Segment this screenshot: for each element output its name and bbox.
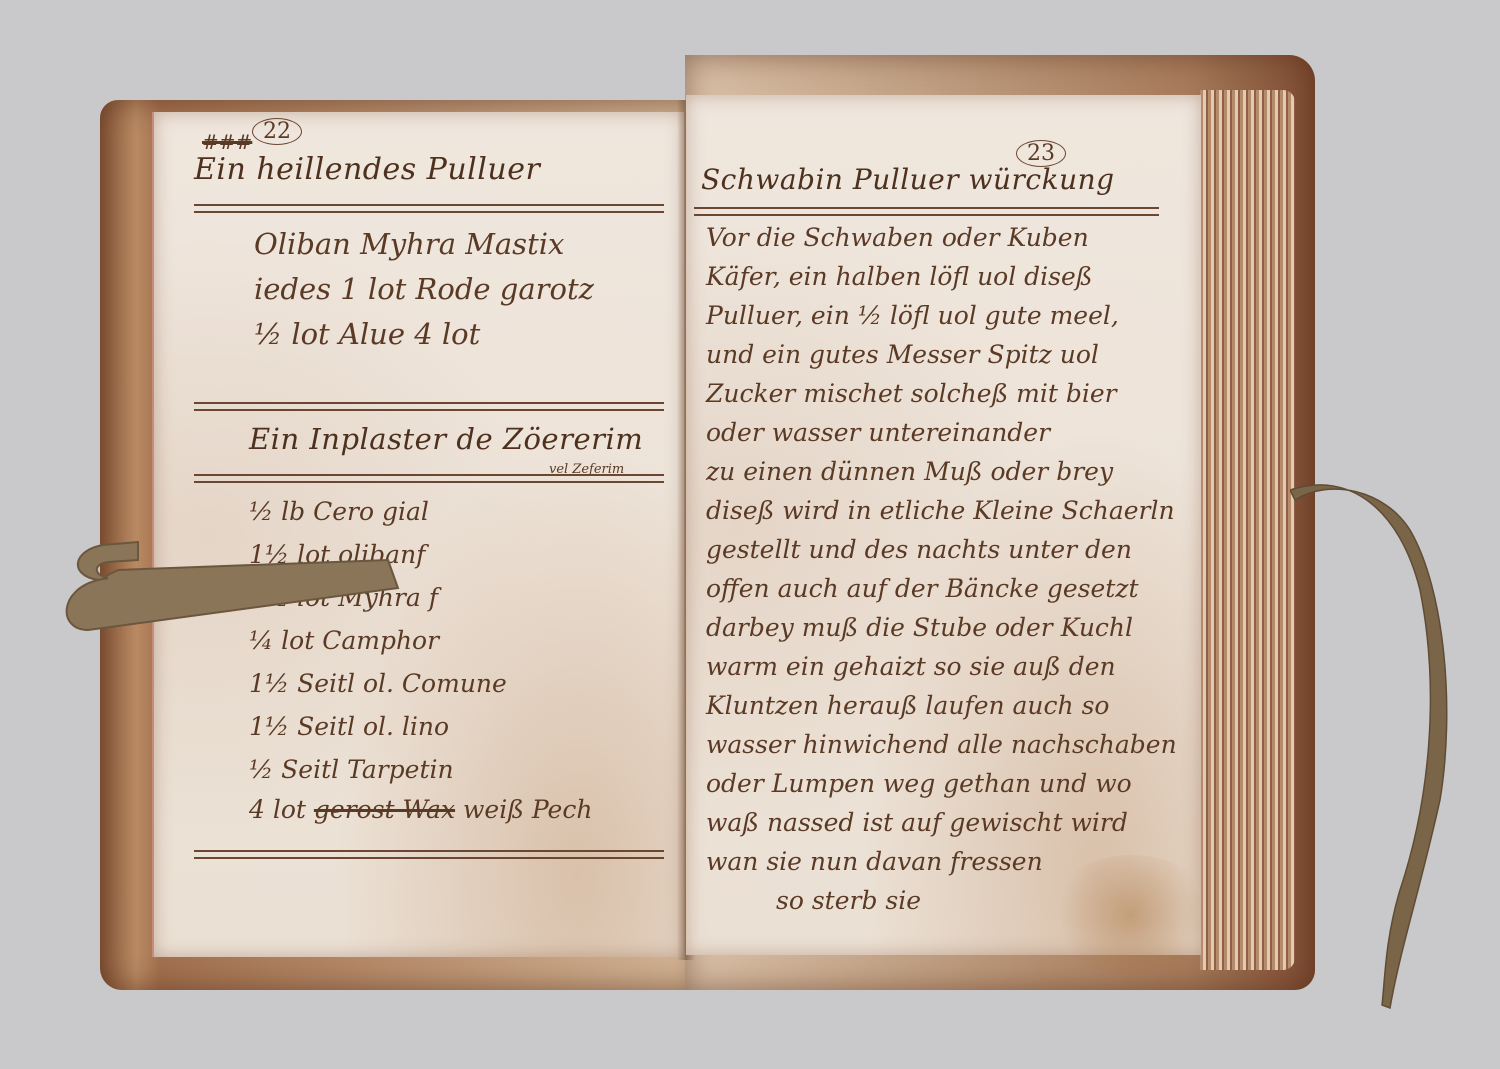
recipe-1-line: Oliban Myhra Mastix <box>254 227 564 261</box>
leather-strap-tail <box>1290 470 1460 1010</box>
body-line: so sterb sie <box>776 886 921 915</box>
ingredient-amount: 4 lot <box>249 795 306 824</box>
heading-rule <box>194 204 664 213</box>
body-line: Vor die Schwaben oder Kuben <box>706 223 1089 252</box>
body-line: Kluntzen herauß laufen auch so <box>706 691 1109 720</box>
heading-rule <box>694 207 1159 216</box>
ingredient-line-last: 4 lot gerost Wax weiß Pech <box>249 795 592 824</box>
body-line: warm ein gehaizt so sie auß den <box>706 652 1116 681</box>
page-number-right: 23 <box>1016 140 1066 167</box>
end-rule <box>194 850 664 859</box>
body-line: wasser hinwichend alle nachschaben <box>706 730 1177 759</box>
ingredient-line: ½ Seitl Tarpetin <box>249 755 454 784</box>
heading-inplaster: Ein Inplaster de Zöererim <box>249 422 643 456</box>
body-line: waß nassed ist auf gewischt wird <box>706 808 1128 837</box>
struck-ingredient: gerost Wax <box>314 795 455 824</box>
water-stain <box>1046 855 1216 975</box>
body-line: zu einen dünnen Muß oder brey <box>706 457 1113 486</box>
right-page: Schwabin Pulluer würckung 23 Vor die Sch… <box>686 95 1201 955</box>
body-line: wan sie nun davan fressen <box>706 847 1043 876</box>
recipe-1-line: ½ lot Alue 4 lot <box>254 317 480 351</box>
body-line: Zucker mischet solcheß mit bier <box>706 379 1117 408</box>
body-line: oder wasser untereinander <box>706 418 1050 447</box>
body-line: gestellt und des nachts unter den <box>706 535 1132 564</box>
body-line: Pulluer, ein ½ löfl uol gute meel, <box>706 301 1119 330</box>
body-line: und ein gutes Messer Spitz uol <box>706 340 1099 369</box>
ingredient-name: weiß Pech <box>463 795 592 824</box>
recipe-1-line: iedes 1 lot Rode garotz <box>254 272 594 306</box>
open-manuscript-book: ### 22 Ein heillendes Pulluer Oliban Myh… <box>100 55 1315 990</box>
body-line: offen auch auf der Bäncke gesetzt <box>706 574 1139 603</box>
struck-mark: ### <box>202 130 252 154</box>
leather-strap-loop <box>58 530 418 650</box>
ingredient-line: 1½ Seitl ol. lino <box>249 712 449 741</box>
body-line: Käfer, ein halben löfl uol diseß <box>706 262 1093 291</box>
heading-heillendes-pulluer: Ein heillendes Pulluer <box>194 152 540 187</box>
body-line: oder Lumpen weg gethan und wo <box>706 769 1132 798</box>
ingredient-line: 1½ Seitl ol. Comune <box>249 669 507 698</box>
body-line: darbey muß die Stube oder Kuchl <box>706 613 1133 642</box>
page-number-left: 22 <box>252 118 302 145</box>
body-line: diseß wird in etliche Kleine Schaerln <box>706 496 1175 525</box>
section-rule <box>194 402 664 411</box>
section-rule <box>194 474 664 483</box>
heading-schwabin-pulluer: Schwabin Pulluer würckung <box>701 163 1115 196</box>
page-edges <box>1200 90 1295 970</box>
ingredient-line: ½ lb Cero gial <box>249 497 429 526</box>
